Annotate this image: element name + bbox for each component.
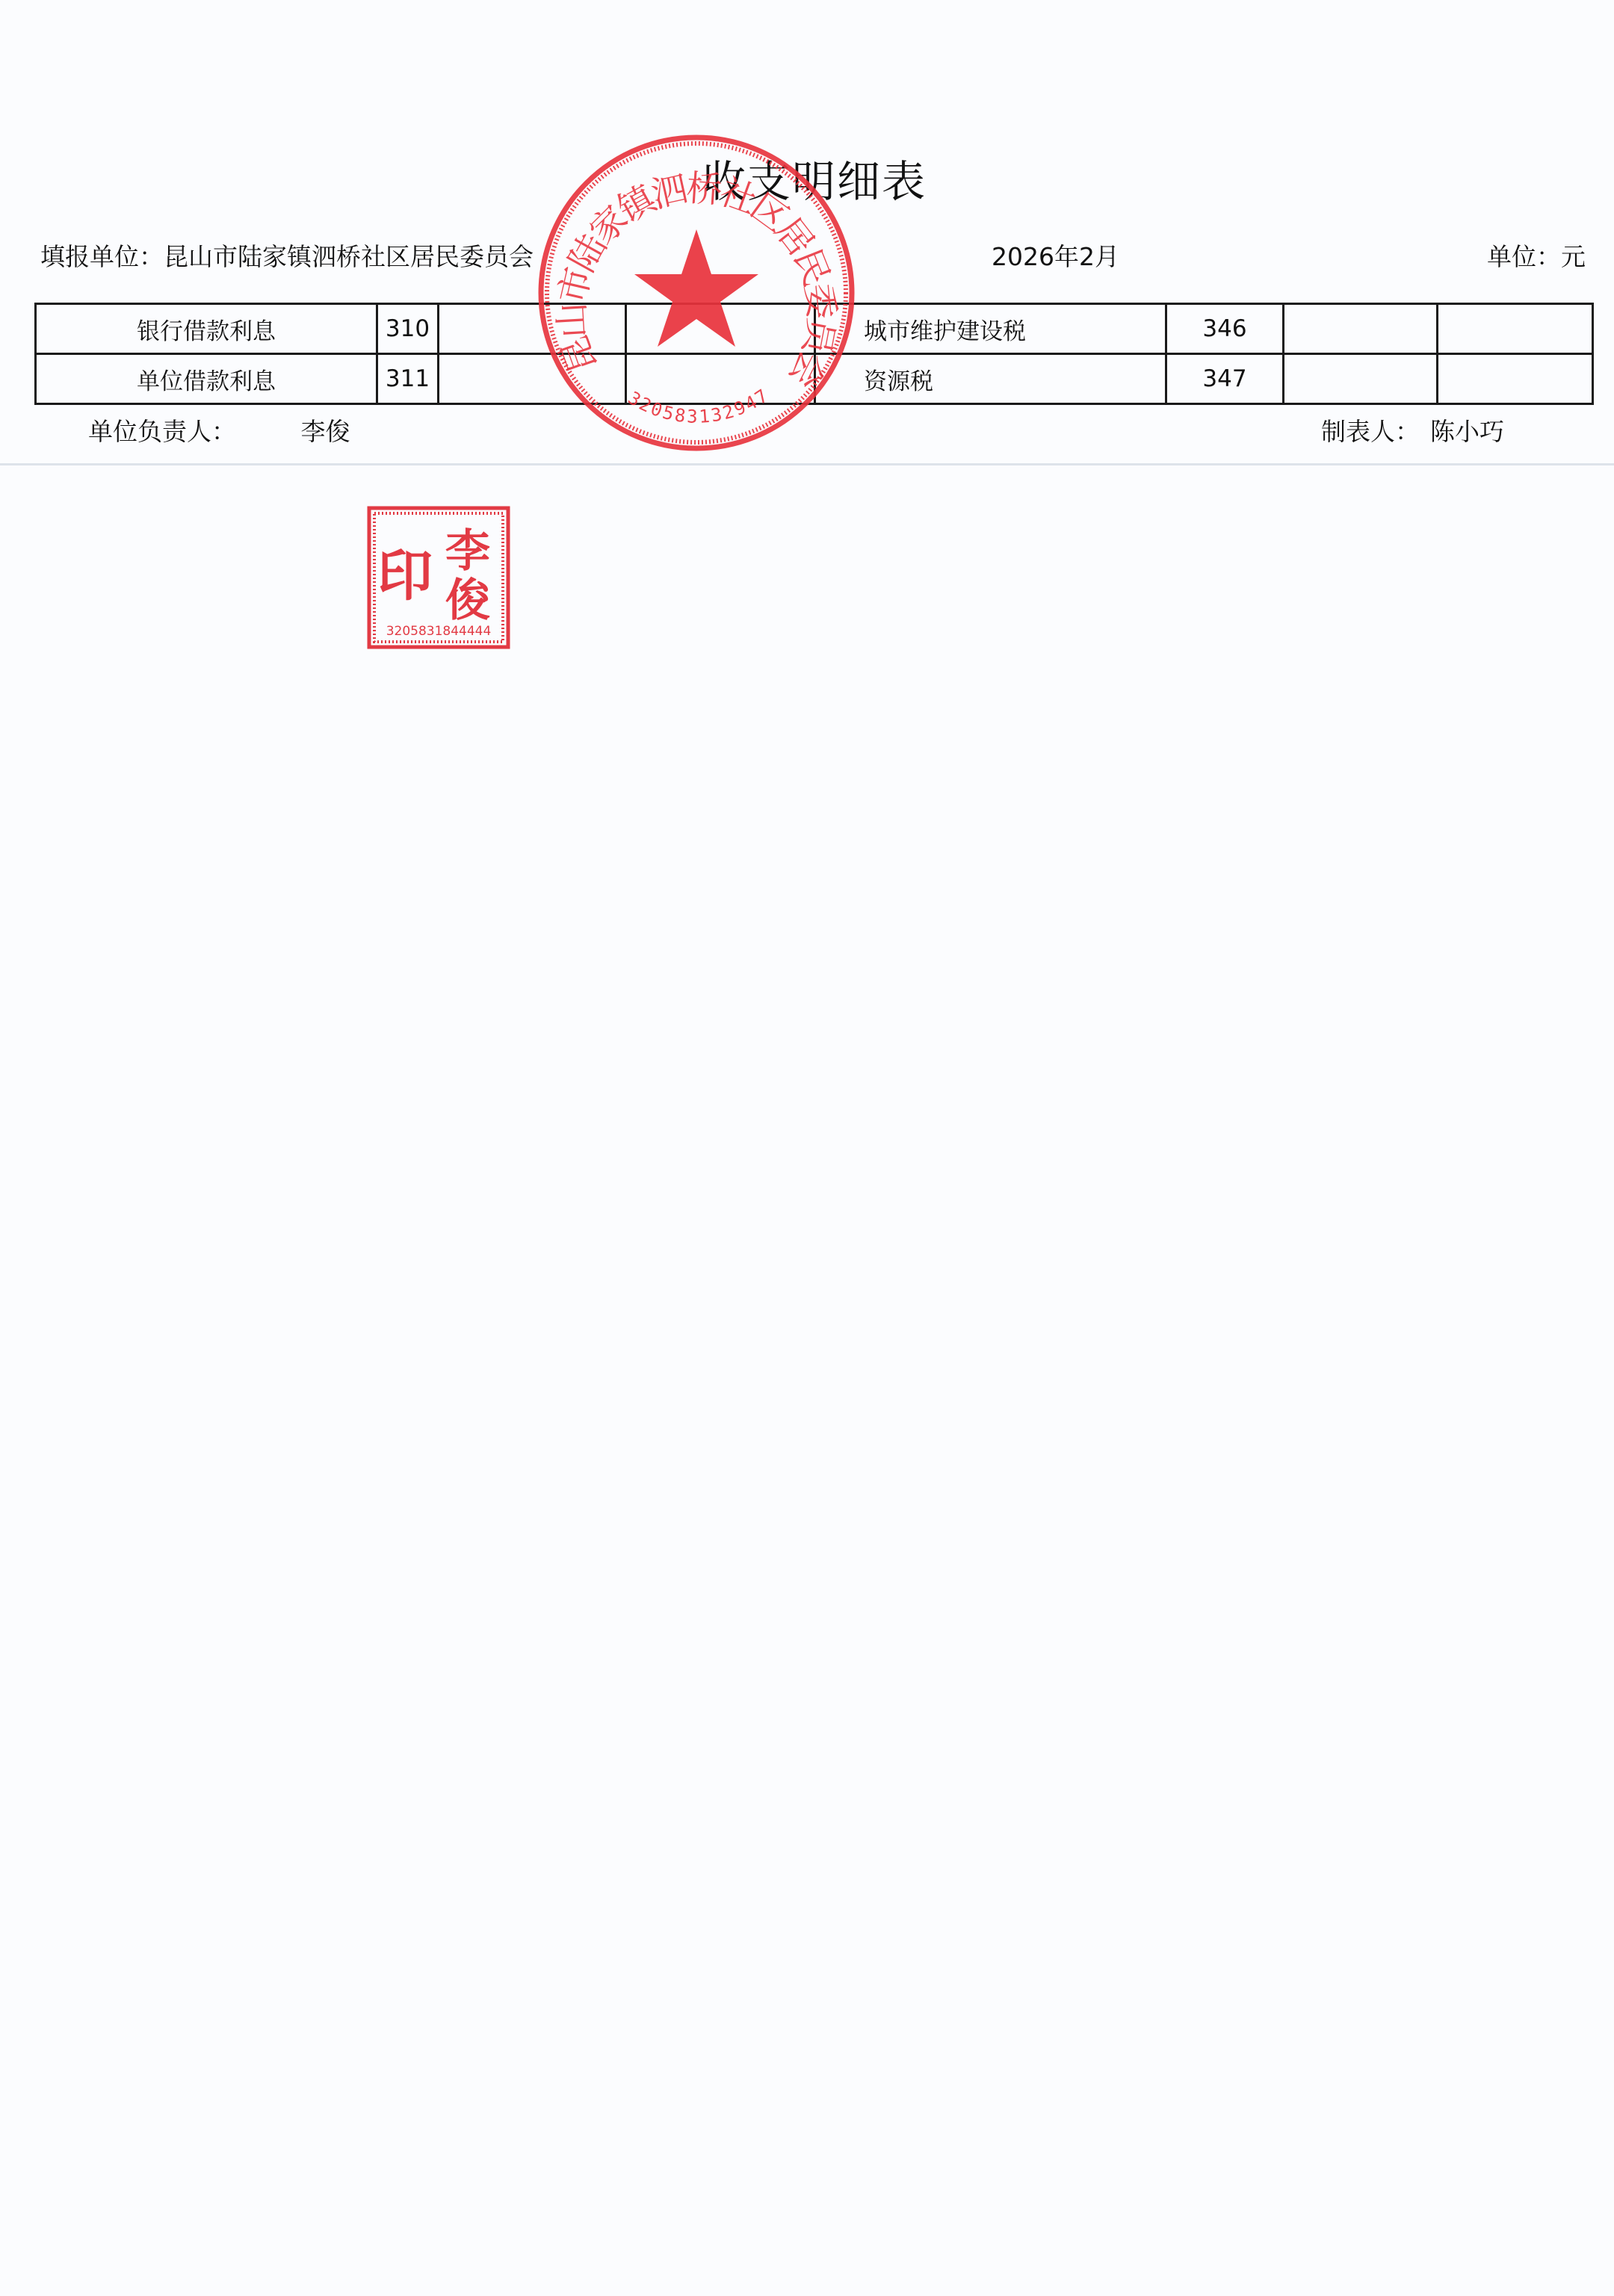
unit-leader-label: 单位负责人： [88, 417, 236, 446]
unit-leader: 单位负责人： 李俊 [88, 412, 350, 448]
item-value [1438, 304, 1593, 354]
item-name: 城市维护建设税 [815, 304, 1166, 354]
seal-code: 3205831844444 [386, 624, 492, 639]
item-code: 346 [1166, 304, 1284, 354]
item-value [1284, 304, 1438, 354]
item-code: 347 [1166, 354, 1284, 404]
reporting-unit: 填报单位：昆山市陆家镇泗桥社区居民委员会 [40, 238, 534, 273]
star-icon [634, 229, 758, 347]
preparer-name: 陈小巧 [1430, 417, 1504, 446]
unit-leader-name: 李俊 [301, 417, 350, 446]
seal-char-name: 李俊 [445, 525, 490, 627]
official-seal-stamp: 昆山市陆家镇泗桥社区居民委员会 3205831329475 [532, 129, 861, 457]
preparer-label: 制表人： [1321, 417, 1420, 446]
seal-char-yin: 印 [377, 544, 433, 608]
page-divider [0, 463, 1614, 465]
preparer: 制表人：陈小巧 [1321, 412, 1504, 448]
item-name: 资源税 [815, 354, 1166, 404]
item-name: 银行借款利息 [36, 304, 377, 354]
item-value [1284, 354, 1438, 404]
item-value [1438, 354, 1593, 404]
reporting-unit-name: 昆山市陆家镇泗桥社区居民委员会 [164, 242, 534, 271]
reporting-unit-label: 填报单位： [40, 242, 164, 271]
report-period: 2026年2月 [992, 238, 1119, 273]
currency-unit: 单位：元 [1487, 238, 1586, 273]
item-name: 单位借款利息 [36, 354, 377, 404]
personal-seal-stamp: 印 李俊 3205831844444 [366, 505, 511, 650]
item-code: 311 [377, 354, 439, 404]
item-code: 310 [377, 304, 439, 354]
